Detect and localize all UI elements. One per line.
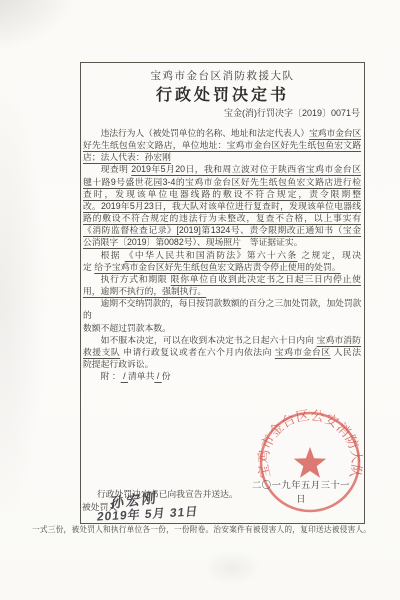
preprinted-text: 人民法 (331, 347, 361, 357)
document-line: 救援支队 申请行政复议或者在六个月内依法向 宝鸡市金台区 人民法 (83, 346, 361, 358)
document-line: 查时，发现该单位电器线路的敷设不符合规定，责令限期整 (83, 188, 361, 200)
document-line: 现查明 2019年5月20日，我和周立波对位于陕西省宝鸡市金台区 (83, 163, 361, 175)
preprinted-text: 执行方式和期限 (101, 274, 171, 284)
preprinted-text: 现查明 (101, 164, 132, 174)
filled-in-text: / (121, 371, 128, 381)
document-line: 好先生纸包鱼宏文路店，单位地址：宝鸡市金台区好先生纸包鱼宏文路 (83, 139, 361, 151)
document-line: 用，逾期不执行的，强制执行。 (83, 285, 361, 297)
preprinted-text: 逾期不交纳罚款的，每日按罚款数额的百分之三加处罚款，加处罚款的 (83, 298, 361, 320)
preprinted-text: 数额不超过罚款本数。 (83, 323, 171, 333)
filled-in-text: 毽十路9号盛世花园3-4的宝鸡市金台区好先生纸包鱼宏文路店进行检 (83, 177, 361, 187)
filled-in-text: 路的敷设不符合规定的违法行为未整改，复查不合格，以上事实有 (83, 213, 361, 223)
document-line: 公消限字〔2019〕第0082号）、现场照片 等证据证实。 (83, 236, 361, 248)
preprinted-text: 如不服本决定，可以在收到本决定书之日起六十日内向 (101, 335, 317, 345)
document-line: 数额不超过罚款本数。 (83, 322, 361, 334)
filled-in-text: 2019年5月20日，我和周立波对位于陕西省宝鸡市金台区 (131, 164, 361, 174)
preprinted-text: 违法行为人（被处罚单位的名称、地址和法定代表人） (101, 128, 310, 138)
filled-in-text: 改。2019年5月23日，我大队对该单位进行复查时，发现该单位电器线 (83, 201, 361, 211)
preprinted-text: 定 (83, 262, 94, 272)
document-line: 路的敷设不符合规定的违法行为未整改，复查不合格，以上事实有 (83, 212, 361, 224)
document-line: 定 给予宝鸡市金台区好先生纸包鱼宏文路店责令停止使用的处罚。 (83, 261, 361, 273)
seal-star-icon (294, 447, 326, 478)
filled-in-text: 救援支队 (83, 347, 120, 357)
filled-in-text: 公消限字〔2019〕第0082号）、现场照片 (83, 237, 241, 247)
preprinted-text: 院提起行政诉讼。 (83, 359, 153, 369)
issuing-authority: 宝鸡市金台区消防救援大队 (80, 68, 365, 83)
preprinted-text: 份 (162, 371, 171, 381)
filled-in-text: 店；法人代表：孙宏刚 (83, 152, 171, 162)
document-line: 附 ： / 清单共 / 份 (83, 370, 361, 382)
document-line: 如不服本决定，可以在收到本决定书之日起六十日内向 宝鸡市消防 (83, 334, 361, 346)
document-line: 违法行为人（被处罚单位的名称、地址和法定代表人）宝鸡市金台区 (83, 127, 361, 139)
filled-in-text: / (154, 371, 161, 381)
document-number: 宝金(消)行罚决字〔2019〕0071号 (80, 106, 360, 119)
document-line: 逾期不交纳罚款的，每日按罚款数额的百分之三加处罚款，加处罚款的 (83, 297, 361, 321)
filled-in-text: 好先生纸包鱼宏文路店，单位地址：宝鸡市金台区好先生纸包鱼宏文路 (83, 140, 361, 150)
document-page: 宝鸡市金台区消防救援大队 行政处罚决定书 宝金(消)行罚决字〔2019〕0071… (0, 0, 400, 600)
preprinted-text: 清单共 (128, 371, 154, 381)
document-line: 毽十路9号盛世花园3-4的宝鸡市金台区好先生纸包鱼宏文路店进行检 (83, 176, 361, 188)
document-body: 违法行为人（被处罚单位的名称、地址和法定代表人）宝鸡市金台区好先生纸包鱼宏文路店… (83, 127, 361, 382)
decision-date: 二〇一九年五月三十一日 (248, 477, 354, 505)
filled-in-text: 限你单位自收到此决定书之日起三日内停止使 (171, 274, 361, 284)
preprinted-text: 申请行政复议或者在六个月内依法向 (120, 347, 275, 357)
preprinted-text: 附 ： (101, 371, 121, 381)
filled-in-text: 给予宝鸡市金台区好先生纸包鱼宏文路店责令停止使用的处罚。 (94, 262, 340, 272)
filled-in-text: 《消防监督检查记录》[2019]第1324号、责令限期改正通知书（宝金 (83, 225, 361, 235)
preprinted-text: 根据 (101, 250, 125, 260)
filled-in-text: 宝鸡市金台区 (275, 347, 331, 357)
document-line: 《消防监督检查记录》[2019]第1324号、责令限期改正通知书（宝金 (83, 224, 361, 236)
document-title: 行政处罚决定书 (80, 82, 365, 105)
filled-in-text: 宝鸡市金台区 (309, 128, 361, 138)
document-line: 执行方式和期限 限你单位自收到此决定书之日起三日内停止使 (83, 273, 361, 285)
document-line: 根据 《中华人民共和国消防法》第六十六条 之规定，现决 (83, 249, 361, 261)
distribution-note: 一式三份，被处罚人和执行单位各一份，一份附卷。治安案件有被侵害人的，复印送达被侵… (32, 524, 394, 535)
document-line: 院提起行政诉讼。 (83, 358, 361, 370)
document-line: 店；法人代表：孙宏刚 (83, 151, 361, 163)
filled-in-text: 用，逾期不执行的，强制执行。 (83, 286, 206, 296)
scanned-photo: 宝鸡市金台区消防救援大队 行政处罚决定书 宝金(消)行罚决字〔2019〕0071… (0, 0, 400, 600)
filled-in-text: 宝鸡市消防 (317, 335, 361, 345)
preprinted-text: 等证据证实。 (241, 237, 303, 247)
preprinted-text: 之规定，现决 (298, 250, 361, 260)
filled-in-text: 《中华人民共和国消防法》第六十六条 (125, 250, 298, 260)
filled-in-text: 查时，发现该单位电器线路的敷设不符合规定，责令限期整 (83, 189, 361, 199)
document-line: 改。2019年5月23日，我大队对该单位进行复查时，发现该单位电器线 (83, 200, 361, 212)
